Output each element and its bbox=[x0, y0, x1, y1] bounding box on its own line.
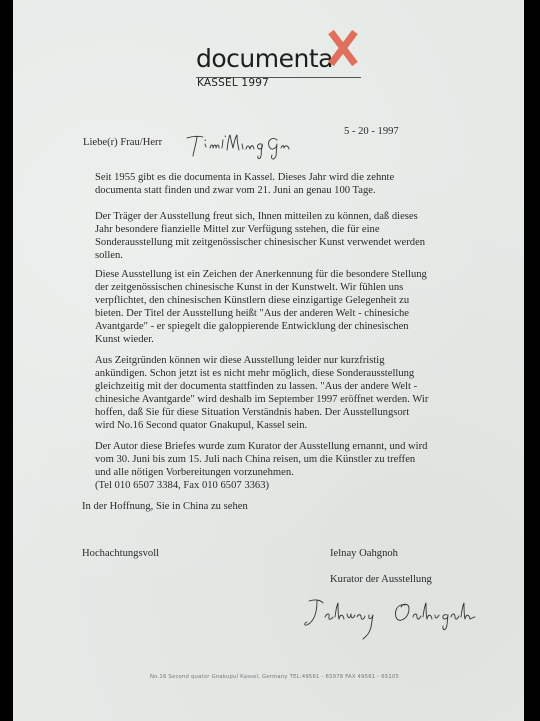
body-paragraph-4: Aus Zeitgründen können wir diese Ausstel… bbox=[95, 354, 475, 432]
text-line: und alle nötigen Vorbereitungen vorzuneh… bbox=[95, 466, 475, 479]
letter-date: 5 - 20 - 1997 bbox=[344, 125, 399, 138]
logo-wordmark: documenta bbox=[196, 46, 333, 71]
recipient-handwritten-name bbox=[185, 128, 295, 164]
salutation-label: Liebe(r) Frau/Herr bbox=[83, 136, 162, 149]
text-line: der zeitgenössischen chinesische Kunst i… bbox=[95, 281, 475, 294]
text-line: ankündigen. Schon jetzt ist es nicht meh… bbox=[95, 367, 475, 380]
text-line: documenta statt finden und zwar vom 21. … bbox=[95, 184, 475, 197]
text-line: gleichzeitig mit der documenta stattfind… bbox=[95, 380, 475, 393]
footer-address: No.16 Second quator Gnakupul Kassel, Ger… bbox=[150, 674, 430, 680]
text-line: vom 30. Juni bis zum 15. Juli nach China… bbox=[95, 453, 475, 466]
handwritten-signature bbox=[301, 595, 501, 640]
letter-page: documenta KASSEL 1997 Liebe(r) Frau/Herr… bbox=[13, 0, 524, 721]
signer-name: Ielnay Oahgnoh bbox=[330, 547, 398, 560]
valediction: Hochachtungsvoll bbox=[82, 547, 159, 560]
x-mark-icon bbox=[328, 30, 358, 66]
text-line: Avantgarde" - er spiegelt die galoppiere… bbox=[95, 320, 475, 333]
text-line: sollen. bbox=[95, 249, 475, 262]
body-paragraph-3: Diese Ausstellung ist ein Zeichen der An… bbox=[95, 268, 475, 346]
body-paragraph-1: Seit 1955 gibt es die documenta in Kasse… bbox=[95, 171, 475, 197]
text-line: Der Autor diese Briefes wurde zum Kurato… bbox=[95, 440, 475, 453]
text-line: Diese Ausstellung ist ein Zeichen der An… bbox=[95, 268, 475, 281]
signer-title: Kurator der Ausstellung bbox=[330, 573, 432, 586]
body-paragraph-2: Der Träger der Ausstellung freut sich, I… bbox=[95, 210, 475, 262]
text-line: Seit 1955 gibt es die documenta in Kasse… bbox=[95, 171, 475, 184]
text-line: hoffen, daß Sie für diese Situation Vers… bbox=[95, 406, 475, 419]
text-line: Kunst wieder. bbox=[95, 333, 475, 346]
text-line: wird No.16 Second quator Gnakupul, Kasse… bbox=[95, 419, 475, 432]
documenta-logo: documenta KASSEL 1997 bbox=[196, 32, 371, 92]
text-line: verpflichtet, den chinesischen Künstlern… bbox=[95, 294, 475, 307]
text-line: chinesiche Avantgarde" wird deshalb im S… bbox=[95, 393, 475, 406]
text-line: Sonderausstellung mit zeitgenössischer c… bbox=[95, 236, 475, 249]
closing-hope-line: In der Hoffnung, Sie in China zu sehen bbox=[82, 500, 248, 513]
text-line: bieten. Der Titel der Ausstellung heißt … bbox=[95, 307, 475, 320]
body-paragraph-5: Der Autor diese Briefes wurde zum Kurato… bbox=[95, 440, 475, 492]
text-line: Jahr besondere fianzielle Mittel zur Ver… bbox=[95, 223, 475, 236]
text-line: Aus Zeitgründen können wir diese Ausstel… bbox=[95, 354, 475, 367]
text-line: Der Träger der Ausstellung freut sich, I… bbox=[95, 210, 475, 223]
contact-line: (Tel 010 6507 3384, Fax 010 6507 3363) bbox=[95, 479, 475, 492]
logo-subtitle: KASSEL 1997 bbox=[197, 77, 269, 89]
